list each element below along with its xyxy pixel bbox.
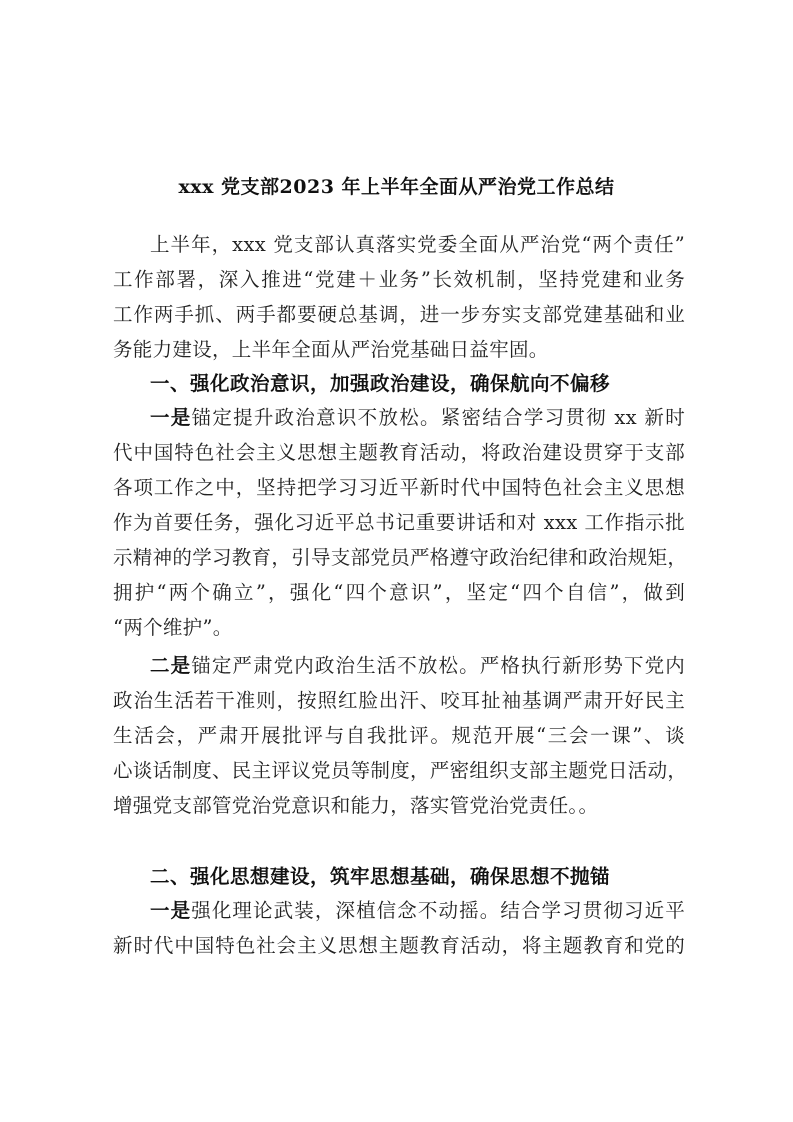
paragraph-line: 拥护“两个确立”，强化“四个意识”，坚定“四个自信”，做到 xyxy=(113,577,685,613)
paragraph-line: 一是强化理论武装，深植信念不动摇。结合学习贯彻习近平 xyxy=(150,895,685,931)
paragraph-line: 心谈话制度、民主评议党员等制度，严密组织支部主题党日活动， xyxy=(113,755,685,791)
document-page: xxx 党支部2023 年上半年全面从严治党工作总结 上半年，xxx 党支部认真… xyxy=(0,0,793,1122)
paragraph-lead: 二是 xyxy=(150,654,191,677)
intro-line: 上半年，xxx 党支部认真落实党委全面从严治党“两个责任” xyxy=(150,229,685,265)
paragraph-line: 二是锚定严肃党内政治生活不放松。严格执行新形势下党内 xyxy=(150,650,685,686)
paragraph-lead: 一是 xyxy=(150,899,191,922)
paragraph-line: 政治生活若干准则，按照红脸出汗、咬耳扯袖基调严肃开好民主 xyxy=(113,685,685,721)
section-heading: 一、强化政治意识，加强政治建设，确保航向不偏移 xyxy=(150,368,690,396)
paragraph-line: 示精神的学习教育，引导支部党员严格遵守政治纪律和政治规矩， xyxy=(113,542,685,578)
intro-line: 工作部署，深入推进“党建＋业务”长效机制，坚持党建和业务 xyxy=(113,264,685,300)
paragraph-lead: 一是 xyxy=(150,406,192,429)
intro-line: 务能力建设，上半年全面从严治党基础日益牢固。 xyxy=(113,334,685,370)
paragraph-line: 一是锚定提升政治意识不放松。紧密结合学习贯彻 xx 新时 xyxy=(150,402,685,438)
document-title: xxx 党支部2023 年上半年全面从严治党工作总结 xyxy=(0,172,793,199)
paragraph-line: 新时代中国特色社会主义思想主题教育活动，将主题教育和党的 xyxy=(113,930,685,966)
paragraph-line: 生活会，严肃开展批评与自我批评。规范开展“三会一课”、谈 xyxy=(113,720,685,756)
paragraph-text: 锚定提升政治意识不放松。紧密结合学习贯彻 xx 新时 xyxy=(192,406,685,429)
paragraph-line: 增强党支部管党治党意识和能力，落实管党治党责任。。 xyxy=(113,790,685,826)
section-heading: 二、强化思想建设，筑牢思想基础，确保思想不抛锚 xyxy=(150,861,690,889)
paragraph-text: 锚定严肃党内政治生活不放松。严格执行新形势下党内 xyxy=(191,654,685,677)
intro-line: 工作两手抓、两手都要硬总基调，进一步夯实支部党建基础和业 xyxy=(113,299,685,335)
paragraph-text: 强化理论武装，深植信念不动摇。结合学习贯彻习近平 xyxy=(191,899,685,922)
paragraph-line: 代中国特色社会主义思想主题教育活动，将政治建设贯穿于支部 xyxy=(113,437,685,473)
paragraph-line: 作为首要任务，强化习近平总书记重要讲话和对 xxx 工作指示批 xyxy=(113,507,685,543)
paragraph-line: 各项工作之中，坚持把学习习近平新时代中国特色社会主义思想 xyxy=(113,472,685,508)
paragraph-line: “两个维护”。 xyxy=(113,612,685,648)
